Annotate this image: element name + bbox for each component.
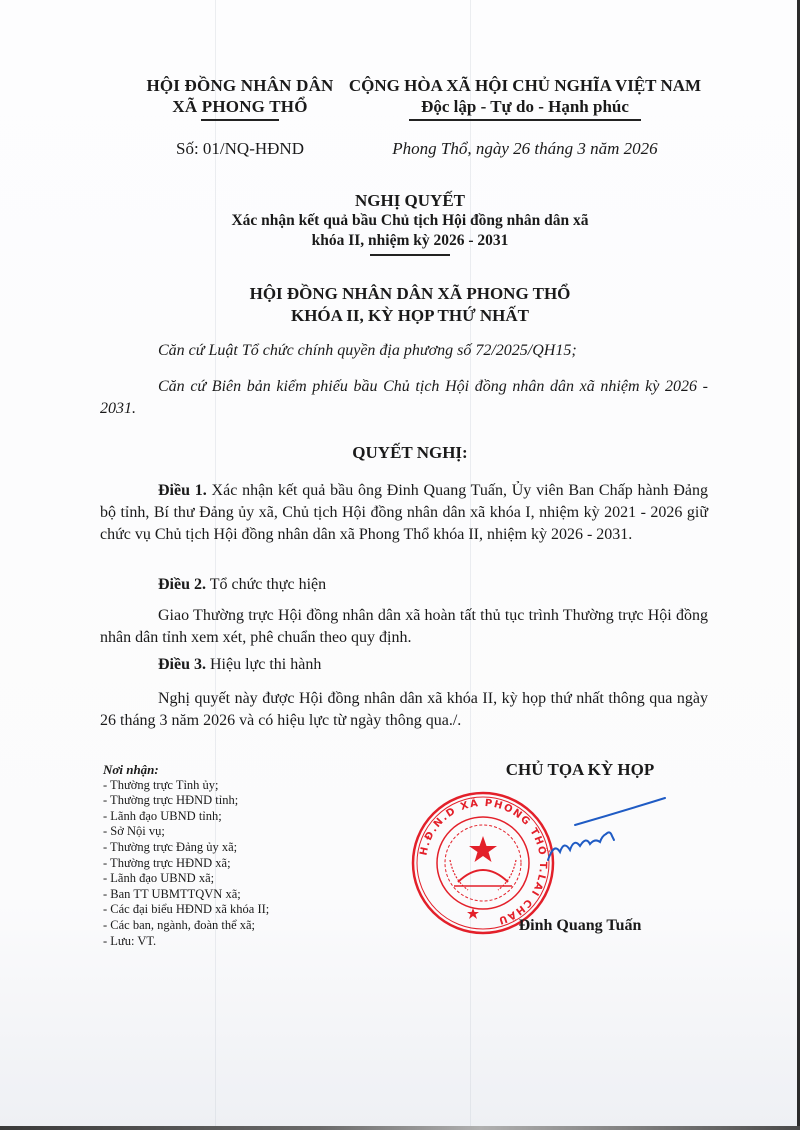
issuer-name-line1: HỘI ĐỒNG NHÂN DÂN <box>120 75 360 96</box>
article-2-heading: Điều 2. Tổ chức thực hiện <box>100 574 708 596</box>
decision-heading: QUYẾT NGHỊ: <box>100 443 720 463</box>
issuer-name-line2: XÃ PHONG THỔ <box>120 96 360 117</box>
legal-basis-1: Căn cứ Luật Tổ chức chính quyền địa phươ… <box>100 340 708 362</box>
title-rule <box>370 254 450 256</box>
issuer-header: HỘI ĐỒNG NHÂN DÂN XÃ PHONG THỔ Số: 01/NQ… <box>120 75 360 159</box>
article-2-text: Giao Thường trực Hội đồng nhân dân xã ho… <box>100 605 708 649</box>
recipients-label: Nơi nhận: <box>103 762 343 778</box>
national-motto: Độc lập - Tự do - Hạnh phúc <box>345 96 705 117</box>
issuing-body-line2: KHÓA II, KỲ HỌP THỨ NHẤT <box>100 305 720 327</box>
recipient-item: - Lãnh đạo UBND xã; <box>103 871 343 887</box>
signature-mark-icon <box>540 790 690 870</box>
subject-line1: Xác nhận kết quả bầu Chủ tịch Hội đồng n… <box>100 211 720 231</box>
recipient-item: - Thường trực HĐND xã; <box>103 856 343 872</box>
article-2-title: Tổ chức thực hiện <box>206 576 326 593</box>
article-2-label: Điều 2. <box>158 576 206 593</box>
article-3-label: Điều 3. <box>158 656 206 673</box>
official-seal-icon: H.Đ.N.D XÃ PHONG THỔ T.LAI CHÂU <box>410 790 556 936</box>
article-3-title: Hiệu lực thi hành <box>206 656 321 673</box>
paper-fold <box>470 0 471 1130</box>
article-3-text: Nghị quyết này được Hội đồng nhân dân xã… <box>100 688 708 732</box>
legal-basis-2: Căn cứ Biên bản kiểm phiếu bầu Chủ tịch … <box>100 376 708 420</box>
recipient-item: - Các ban, ngành, đoàn thể xã; <box>103 918 343 934</box>
recipient-item: - Thường trực Đảng ủy xã; <box>103 840 343 856</box>
recipient-item: - Thường trực HĐND tỉnh; <box>103 793 343 809</box>
document-title: NGHỊ QUYẾT Xác nhận kết quả bầu Chủ tịch… <box>100 190 720 256</box>
article-1: Điều 1. Xác nhận kết quả bầu ông Đinh Qu… <box>100 480 708 546</box>
place-date: Phong Thổ, ngày 26 tháng 3 năm 2026 <box>345 139 705 159</box>
document-type: NGHỊ QUYẾT <box>100 190 720 211</box>
article-1-label: Điều 1. <box>158 482 207 499</box>
nation-name: CỘNG HÒA XÃ HỘI CHỦ NGHĨA VIỆT NAM <box>345 75 705 96</box>
recipient-item: - Lãnh đạo UBND tỉnh; <box>103 809 343 825</box>
recipient-item: - Ban TT UBMTTQVN xã; <box>103 887 343 903</box>
article-3-heading: Điều 3. Hiệu lực thi hành <box>100 654 708 676</box>
header-rule <box>201 119 279 121</box>
document-number: Số: 01/NQ-HĐND <box>120 139 360 159</box>
national-header: CỘNG HÒA XÃ HỘI CHỦ NGHĨA VIỆT NAM Độc l… <box>345 75 705 159</box>
recipients-list: Nơi nhận: - Thường trực Tỉnh ủy;- Thường… <box>103 762 343 949</box>
subject-line2: khóa II, nhiệm kỳ 2026 - 2031 <box>100 231 720 251</box>
recipient-item: - Lưu: VT. <box>103 934 343 950</box>
scan-border <box>0 1126 800 1130</box>
document-page: HỘI ĐỒNG NHÂN DÂN XÃ PHONG THỔ Số: 01/NQ… <box>0 0 800 1130</box>
recipient-item: - Các đại biểu HĐND xã khóa II; <box>103 902 343 918</box>
paper-fold <box>215 0 216 1130</box>
signatory-name: Đinh Quang Tuấn <box>460 917 700 935</box>
issuing-body-line1: HỘI ĐỒNG NHÂN DÂN XÃ PHONG THỔ <box>100 283 720 305</box>
svg-text:H.Đ.N.D XÃ PHONG THỔ T.LAI CHÂ: H.Đ.N.D XÃ PHONG THỔ T.LAI CHÂU <box>418 796 551 926</box>
issuing-body: HỘI ĐỒNG NHÂN DÂN XÃ PHONG THỔ KHÓA II, … <box>100 283 720 327</box>
motto-rule <box>409 119 641 121</box>
signatory-title: CHỦ TỌA KỲ HỌP <box>460 760 700 780</box>
recipient-item: - Thường trực Tỉnh ủy; <box>103 778 343 794</box>
recipient-item: - Sở Nội vụ; <box>103 824 343 840</box>
